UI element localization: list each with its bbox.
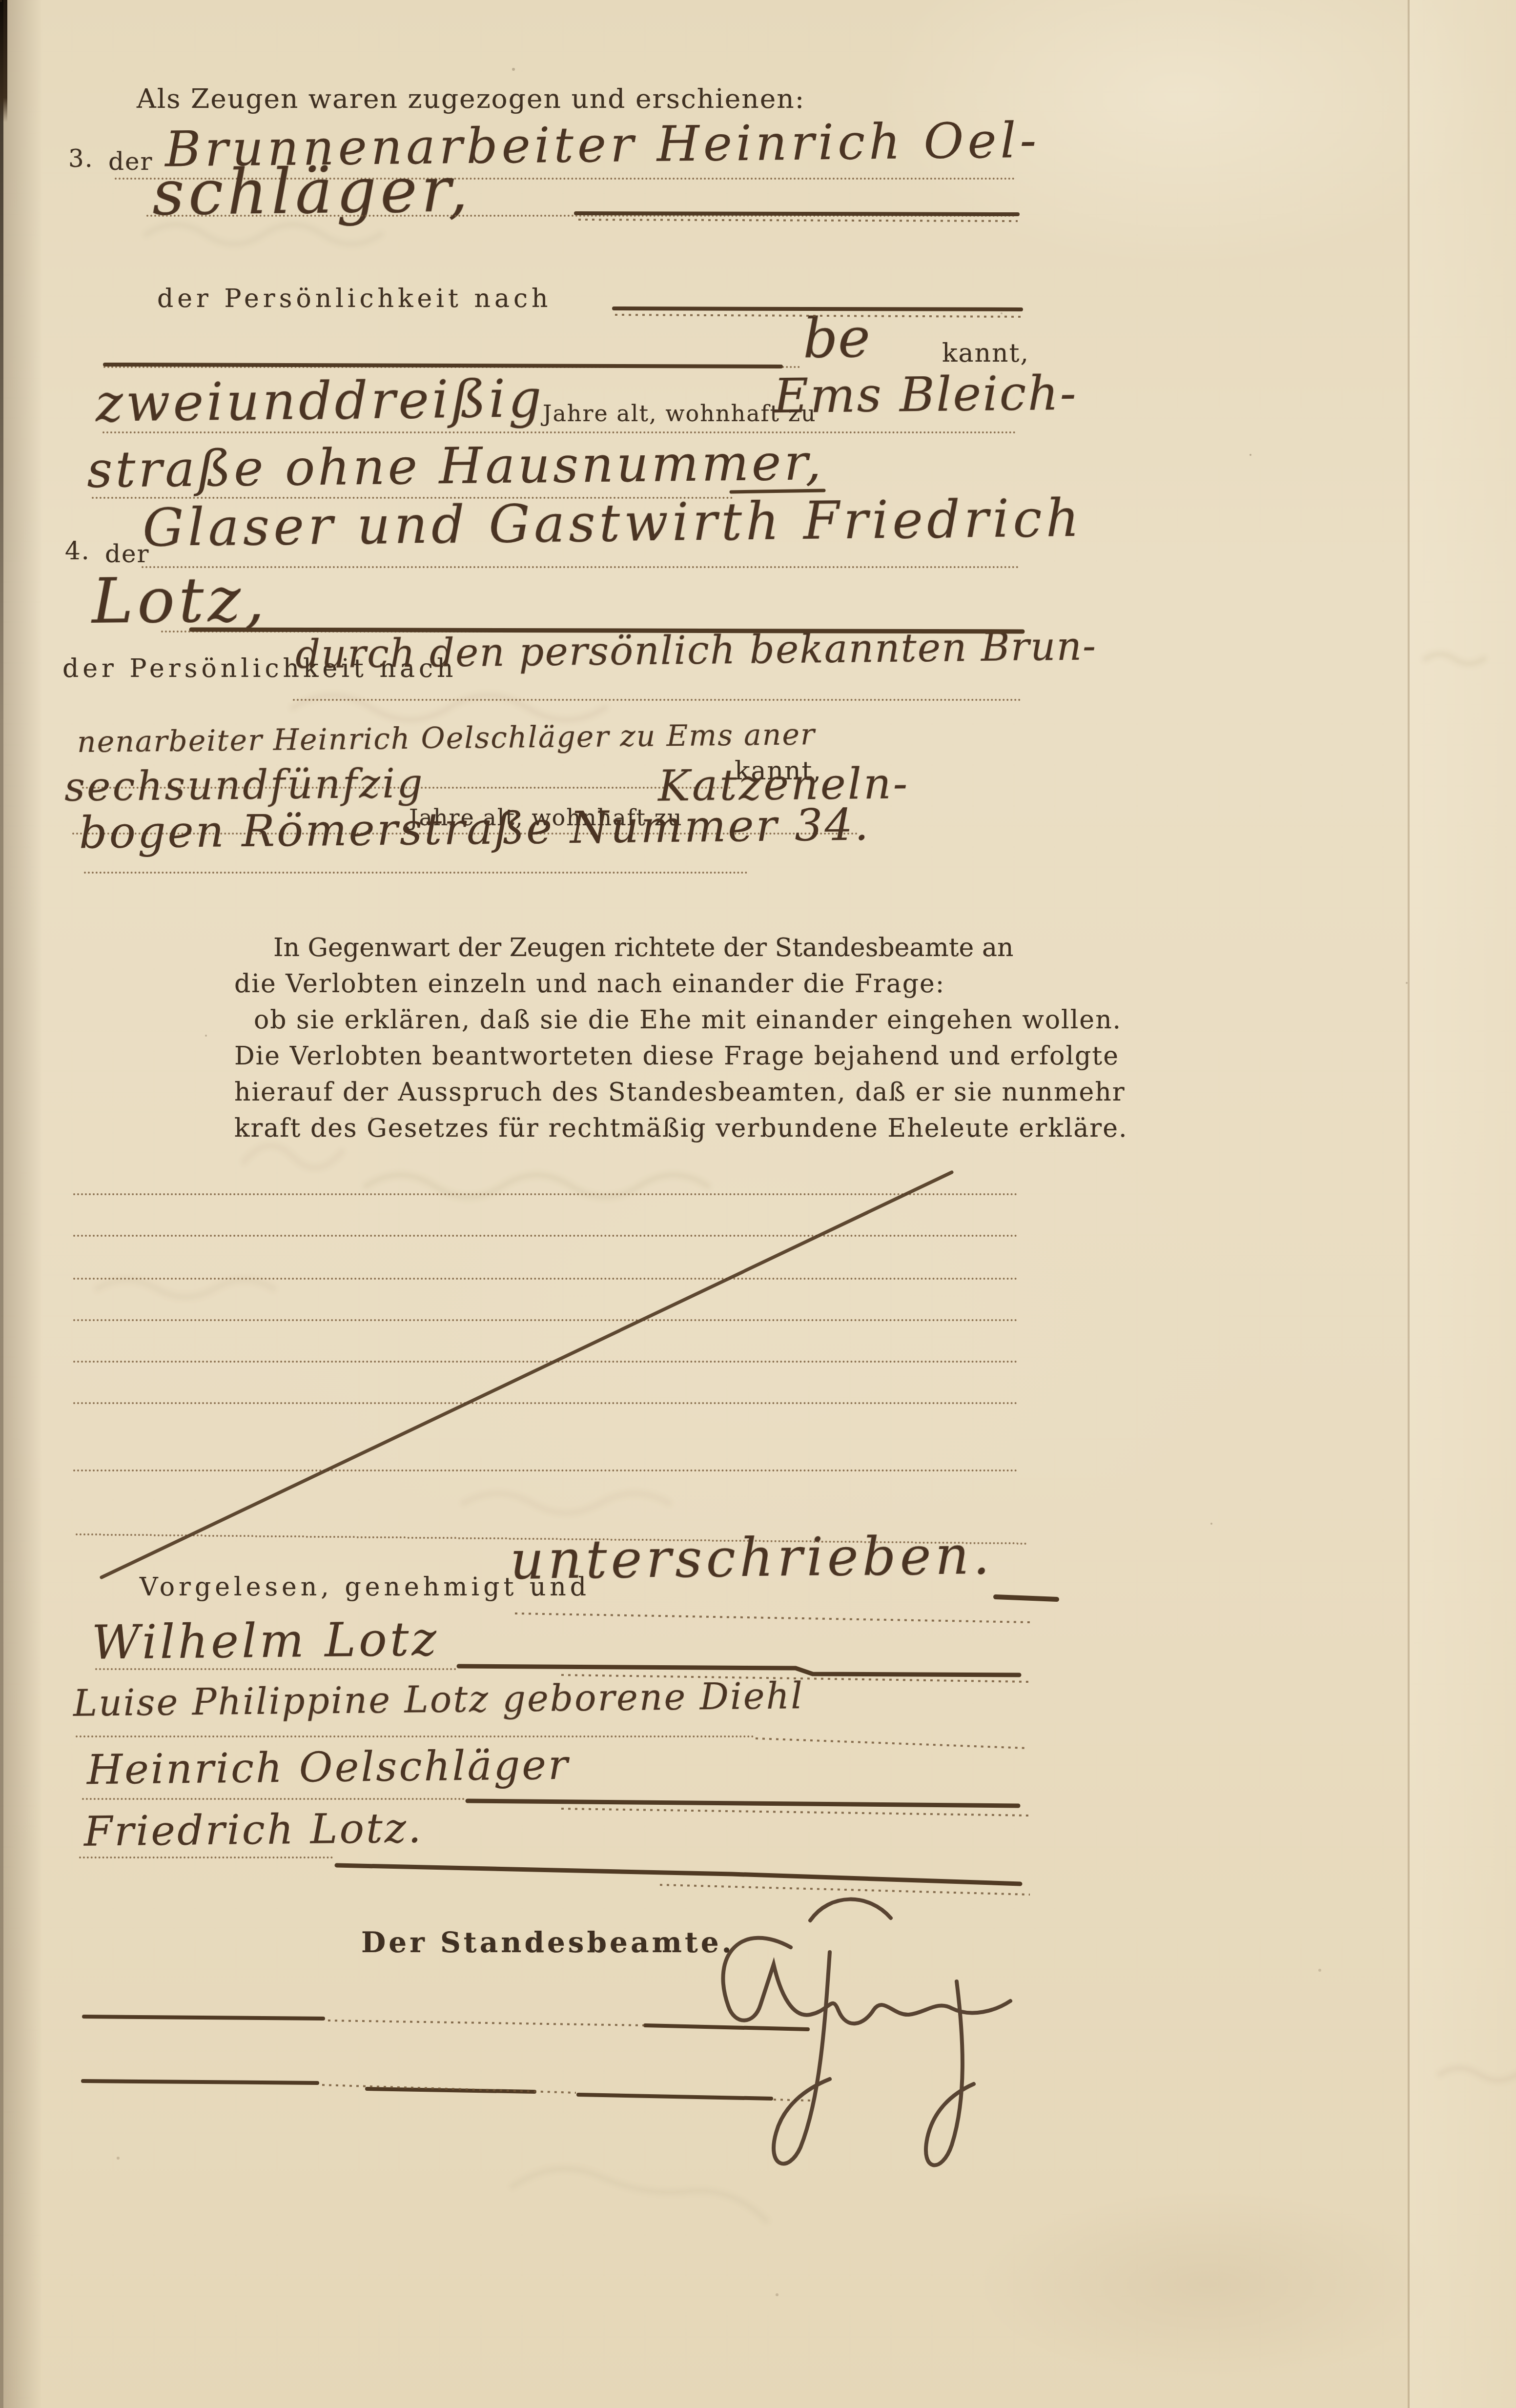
ink-rule	[459, 1666, 1019, 1675]
signature-wilhelm-lotz: Wilhelm Lotz	[91, 1612, 439, 1670]
ghost-mark	[1425, 654, 1484, 664]
binding-edge-line	[0, 0, 3, 2408]
witness3-age-handwritten: zweiunddreißig	[95, 368, 545, 433]
paper-specks	[0, 0, 2, 2]
paper-background	[0, 0, 1516, 2408]
signature-rule	[82, 1798, 465, 1800]
witness3-residence-line2: straße ohne Hausnummer,	[86, 433, 824, 499]
diagonal-cancel-line	[102, 1172, 952, 1577]
empty-rule	[73, 1193, 1018, 1195]
official-signature-flourish	[723, 1938, 1010, 2023]
binding-edge-dark-corner	[0, 0, 7, 122]
signature-rule	[95, 1668, 456, 1670]
dotted-continuation	[322, 2085, 576, 2093]
ink-rule	[645, 2025, 808, 2029]
signature-friedrich-lotz: Friedrich Lotz.	[84, 1804, 424, 1855]
signature-rule	[76, 1735, 754, 1737]
binding-shadow	[3, 0, 42, 2408]
ink-rule	[576, 213, 1018, 214]
dotted-continuation	[515, 1613, 1031, 1622]
witness3-identity-label: der Persönlichkeit nach	[157, 284, 552, 313]
ink-showthrough-layer	[0, 0, 1516, 2408]
dotted-continuation	[328, 2020, 644, 2025]
fill-in-rule	[146, 215, 1015, 217]
registrar-title: Der Standesbeamte.	[361, 1926, 735, 1959]
witness4-residence-line2: bogen Römerstraße Nummer 34.	[79, 799, 870, 859]
ink-rule	[84, 2017, 323, 2019]
dotted-continuation	[756, 1738, 1027, 1748]
ghost-mark	[244, 1145, 342, 1167]
declaration-line: ob sie erklären, daß sie die Ehe mit ein…	[234, 1002, 996, 1038]
fill-in-rule	[142, 566, 1019, 568]
witness3-number: 3.	[68, 144, 94, 173]
empty-rule	[73, 1235, 1018, 1237]
witness3-article: der	[108, 147, 153, 176]
witness4-name-line2: Lotz,	[91, 563, 268, 638]
official-signature-flourish	[926, 1981, 974, 2165]
declaration-paragraph: In Gegenwart der Zeugen richtete der Sta…	[234, 930, 996, 1146]
ghost-mark	[1440, 2068, 1516, 2081]
declaration-line: Die Verlobten beantworteten diese Frage …	[234, 1038, 996, 1074]
ink-rule	[367, 2089, 534, 2092]
witness3-name-line2: schläger,	[152, 154, 472, 230]
ink-dash	[996, 1597, 1057, 1599]
paper-stain	[976, 2186, 1440, 2382]
dotted-continuation	[660, 1885, 1030, 1895]
witness3-residence-line1: Ems Bleich-	[773, 366, 1078, 425]
signature-luise-lotz: Luise Philippine Lotz geborene Diehl	[73, 1675, 804, 1725]
witnesses-header: Als Zeugen waren zugezogen und erschiene…	[137, 83, 805, 114]
signature-rule	[79, 1857, 333, 1858]
dotted-continuation	[561, 1809, 1030, 1816]
empty-rule	[73, 1278, 1018, 1280]
fill-in-rule	[293, 699, 1021, 701]
witness3-identity-handwritten: be	[802, 306, 870, 370]
declaration-line: die Verlobten einzeln und nach einander …	[234, 966, 996, 1002]
witness3-identity-suffix: kannt,	[942, 339, 1029, 368]
dotted-continuation	[774, 2100, 810, 2101]
ink-rule	[468, 1801, 1018, 1806]
empty-rule	[73, 1402, 1018, 1404]
registry-document-page: { "header": "Als Zeugen waren zugezogen …	[0, 0, 1516, 2408]
ink-rule	[83, 2081, 317, 2083]
witness4-identity-handwritten-line1: durch den persönlich bekannten Brun-	[295, 623, 1097, 677]
witness4-name-line1: Glaser und Gastwirth Friedrich	[142, 488, 1083, 558]
ink-rule	[578, 2095, 771, 2099]
witness4-age-handwritten: sechsundfünfzig	[64, 760, 425, 811]
witness4-identity-handwritten-line2: nenarbeiter Heinrich Oelschläger zu Ems …	[77, 717, 816, 759]
dotted-continuation	[578, 220, 1018, 221]
ghost-mark	[512, 2169, 766, 2221]
signature-heinrich-oelschlaeger: Heinrich Oelschläger	[87, 1741, 570, 1794]
fill-in-rule	[103, 366, 800, 368]
empty-rule	[73, 1361, 1018, 1363]
fill-in-rule	[84, 872, 748, 874]
empty-rule	[73, 1319, 1018, 1321]
declaration-line: hierauf der Ausspruch des Standesbeamten…	[234, 1074, 996, 1110]
empty-rule	[73, 1469, 1018, 1471]
witness4-number: 4.	[65, 537, 90, 565]
ghost-mark	[98, 1280, 273, 1297]
paper-crease-line	[1408, 0, 1410, 2408]
declaration-line: In Gegenwart der Zeugen richtete der Sta…	[234, 930, 996, 966]
fill-in-rule	[102, 431, 1016, 433]
official-signature-flourish	[810, 1899, 891, 1920]
ghost-mark	[464, 1493, 669, 1513]
ink-rule	[337, 1865, 1020, 1884]
closing-handwritten-word: unterschrieben.	[510, 1525, 994, 1591]
ink-overlay-layer	[0, 0, 1516, 2408]
paper-right-margin	[1410, 0, 1516, 2408]
declaration-line: kraft des Gesetzes für rechtmäßig verbun…	[234, 1110, 996, 1146]
official-signature-flourish	[774, 1952, 830, 2163]
